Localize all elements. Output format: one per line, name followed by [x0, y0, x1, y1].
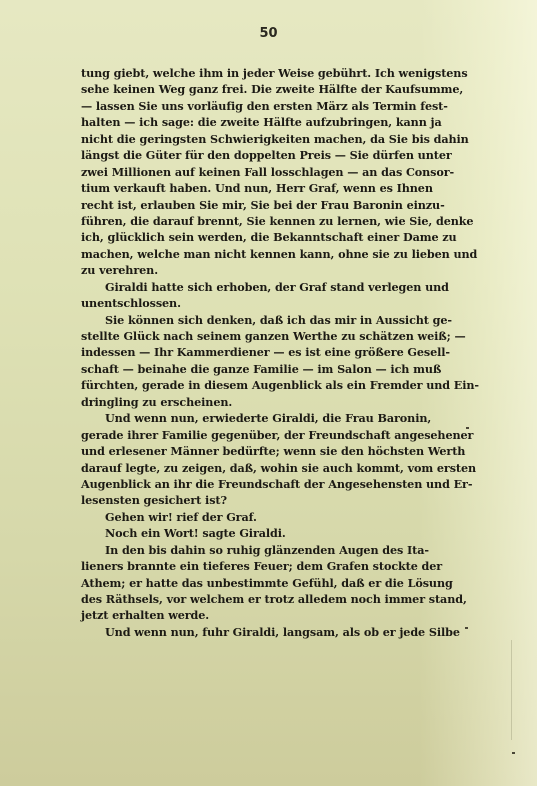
text-line: gerade ihrer Familie gegenüber, der Freu…	[81, 427, 428, 443]
text-line: zwei Millionen auf keinen Fall losschlag…	[81, 164, 428, 180]
page-edge-shadow	[511, 640, 512, 740]
text-line: lieners brannte ein tieferes Feuer; dem …	[81, 558, 428, 574]
text-line: längst die Güter für den doppelten Preis…	[81, 147, 428, 163]
text-line: Augenblick an ihr die Freundschaft der A…	[81, 476, 428, 492]
text-line: tium verkauft haben. Und nun, Herr Graf,…	[81, 180, 428, 196]
text-line: recht ist, erlauben Sie mir, Sie bei der…	[81, 197, 428, 213]
paragraph-start: Und wenn nun, erwiederte Giraldi, die Fr…	[81, 410, 428, 426]
text-line: jetzt erhalten werde.	[81, 607, 428, 623]
text-line: führen, die darauf brennt, Sie kennen zu…	[81, 213, 428, 229]
text-line: zu verehren.	[81, 262, 428, 278]
text-line: machen, welche man nicht kennen kann, oh…	[81, 246, 428, 262]
text-line: darauf legte, zu zeigen, daß, wohin sie …	[81, 460, 428, 476]
book-page: 50 tung giebt, welche ihm in jeder Weise…	[0, 0, 537, 786]
text-line: sehe keinen Weg ganz frei. Die zweite Hä…	[81, 81, 428, 97]
text-line: dringling zu erscheinen.	[81, 394, 428, 410]
text-line: indessen — Ihr Kammerdiener — es ist ein…	[81, 344, 428, 360]
text-line: des Räthsels, vor welchem er trotz alled…	[81, 591, 428, 607]
text-line: lesensten gesichert ist?	[81, 492, 428, 508]
margin-speck	[465, 627, 468, 629]
paragraph-start: Noch ein Wort! sagte Giraldi.	[81, 525, 428, 541]
page-number: 50	[0, 26, 537, 41]
paragraph-start: Und wenn nun, fuhr Giraldi, langsam, als…	[81, 624, 428, 640]
text-line: tung giebt, welche ihm in jeder Weise ge…	[81, 65, 428, 81]
text-line: stellte Glück nach seinem ganzen Werthe …	[81, 328, 428, 344]
text-line: fürchten, gerade in diesem Augenblick al…	[81, 377, 428, 393]
text-line: unentschlossen.	[81, 295, 428, 311]
paragraph-start: Gehen wir! rief der Graf.	[81, 509, 428, 525]
text-line: — lassen Sie uns vorläufig den ersten Mä…	[81, 98, 428, 114]
paragraph-start: Sie können sich denken, daß ich das mir …	[81, 312, 428, 328]
text-line: Athem; er hatte das unbestimmte Gefühl, …	[81, 575, 428, 591]
text-line: ich, glücklich sein werden, die Bekannts…	[81, 229, 428, 245]
text-line: nicht die geringsten Schwierigkeiten mac…	[81, 131, 428, 147]
margin-speck	[512, 752, 515, 754]
text-line: und erlesener Männer bedürfte; wenn sie …	[81, 443, 428, 459]
paragraph-start: Giraldi hatte sich erhoben, der Graf sta…	[81, 279, 428, 295]
text-line: halten — ich sage: die zweite Hälfte auf…	[81, 114, 428, 130]
margin-speck	[466, 427, 469, 429]
text-line: schaft — beinahe die ganze Familie — im …	[81, 361, 428, 377]
body-text: tung giebt, welche ihm in jeder Weise ge…	[81, 65, 428, 640]
paragraph-start: In den bis dahin so ruhig glänzenden Aug…	[81, 542, 428, 558]
